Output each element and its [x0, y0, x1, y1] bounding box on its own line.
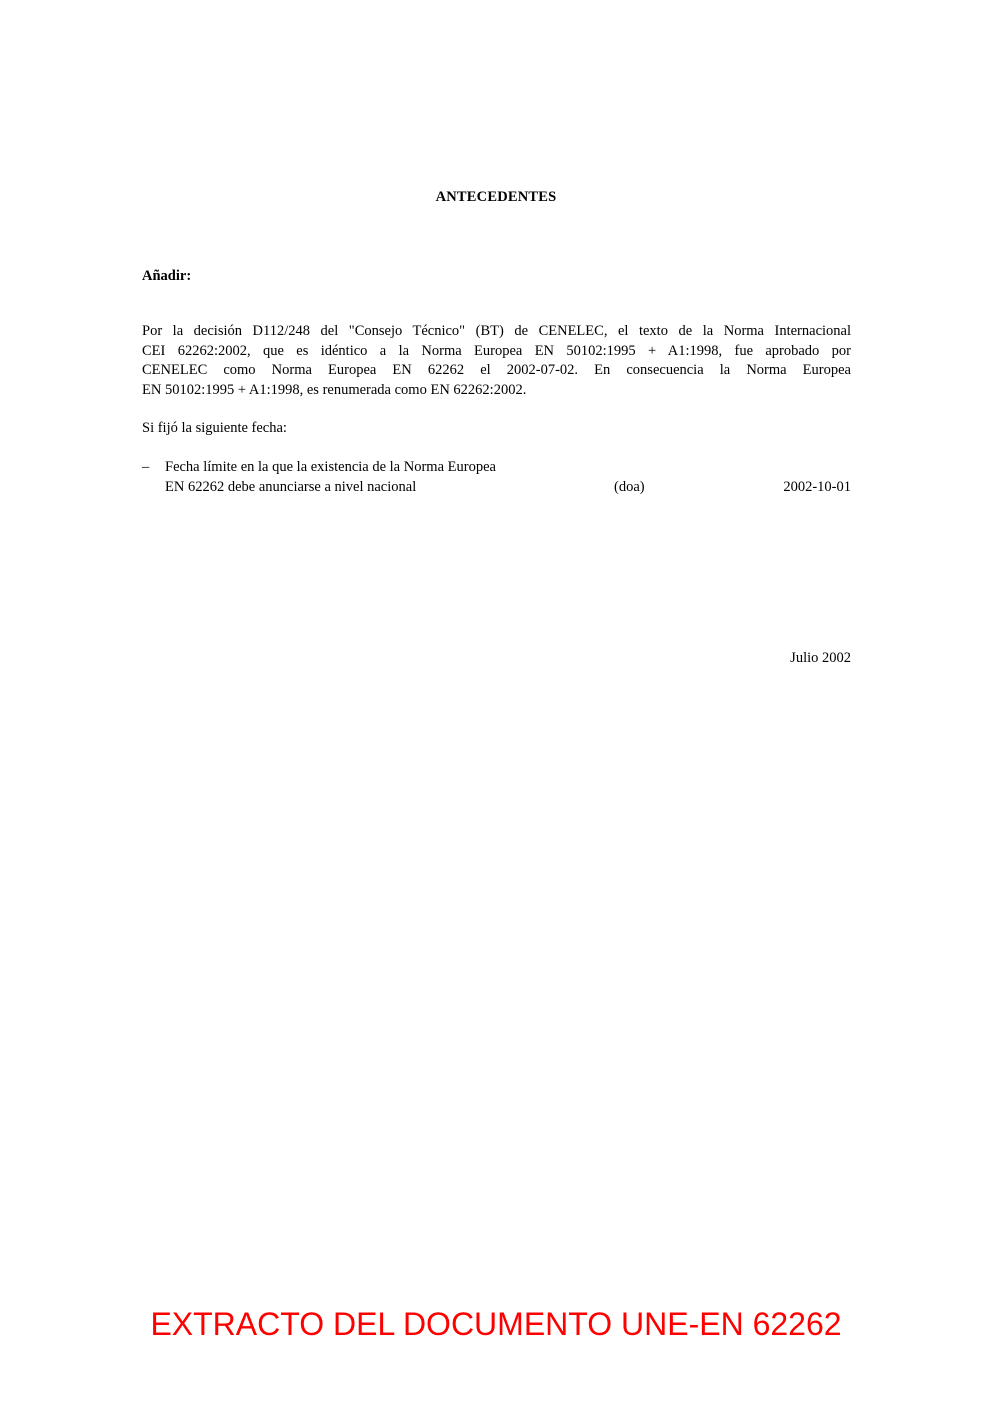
date-item-description-line2: EN 62262 debe anunciarse a nivel naciona… [165, 479, 416, 496]
paragraph-line: CENELEC como Norma Europea EN 62262 el 2… [142, 361, 851, 381]
document-date: Julio 2002 [740, 650, 851, 667]
document-title: ANTECEDENTES [0, 189, 992, 206]
date-item-description-line1: Fecha límite en la que la existencia de … [165, 459, 496, 476]
dates-intro: Si fijó la siguiente fecha: [142, 420, 287, 437]
section-heading: Añadir: [142, 268, 191, 285]
date-item-abbreviation: (doa) [614, 479, 645, 496]
date-item-date: 2002-10-01 [760, 479, 851, 496]
paragraph-line: EN 50102:1995 + A1:1998, es renumerada c… [142, 381, 851, 401]
extract-watermark: EXTRACTO DEL DOCUMENTO UNE-EN 62262 [0, 1306, 992, 1343]
list-bullet-dash: – [142, 459, 149, 476]
paragraph-line: Por la decisión D112/248 del "Consejo Té… [142, 322, 851, 342]
body-paragraph: Por la decisión D112/248 del "Consejo Té… [142, 322, 851, 400]
paragraph-line: CEI 62262:2002, que es idéntico a la Nor… [142, 342, 851, 362]
